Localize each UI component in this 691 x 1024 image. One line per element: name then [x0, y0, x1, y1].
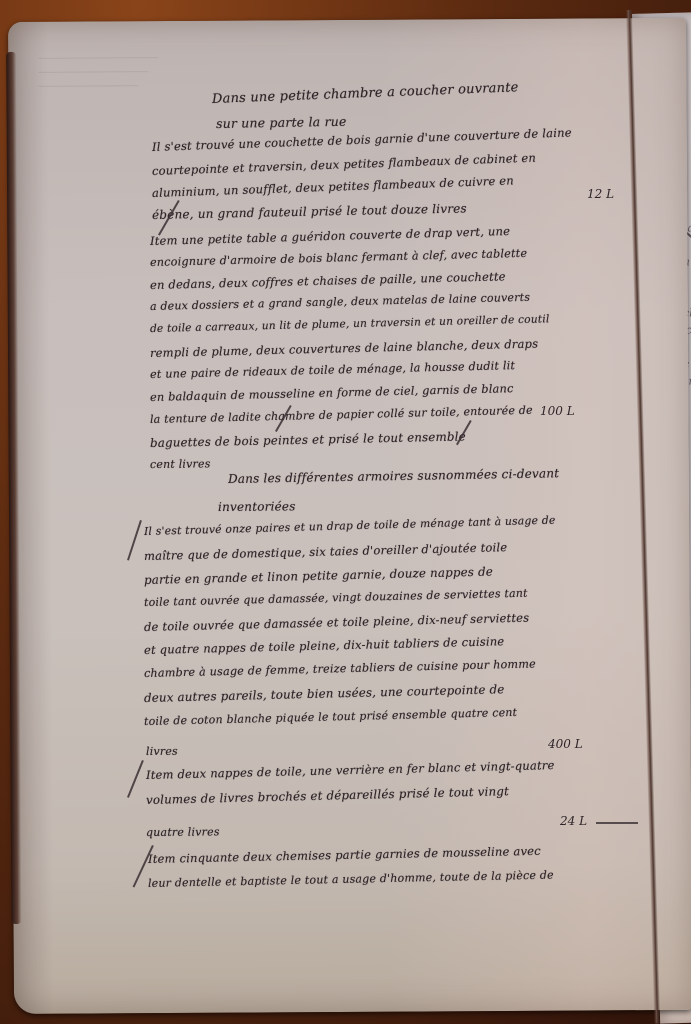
faint-rule: [38, 71, 148, 73]
faint-rule: [38, 85, 138, 87]
entry-closing: cent livres: [150, 457, 211, 471]
amount-underline: [596, 822, 638, 824]
photo-scene: Item un clau de la a gra Cou Cui penche …: [0, 0, 691, 1024]
amount-entry-1: 12 L: [587, 187, 614, 201]
amount-entry-2: 100 L: [540, 404, 575, 418]
section-heading-line: inventoriées: [218, 499, 296, 514]
entry-closing: quatre livres: [146, 825, 220, 839]
entry-closing: livres: [146, 745, 178, 758]
entry-heading-line: sur une parte la rue: [216, 114, 347, 131]
amount-entry-4: 24 L: [560, 814, 587, 828]
amount-entry-3: 400 L: [548, 737, 583, 751]
faint-rule: [38, 57, 158, 59]
